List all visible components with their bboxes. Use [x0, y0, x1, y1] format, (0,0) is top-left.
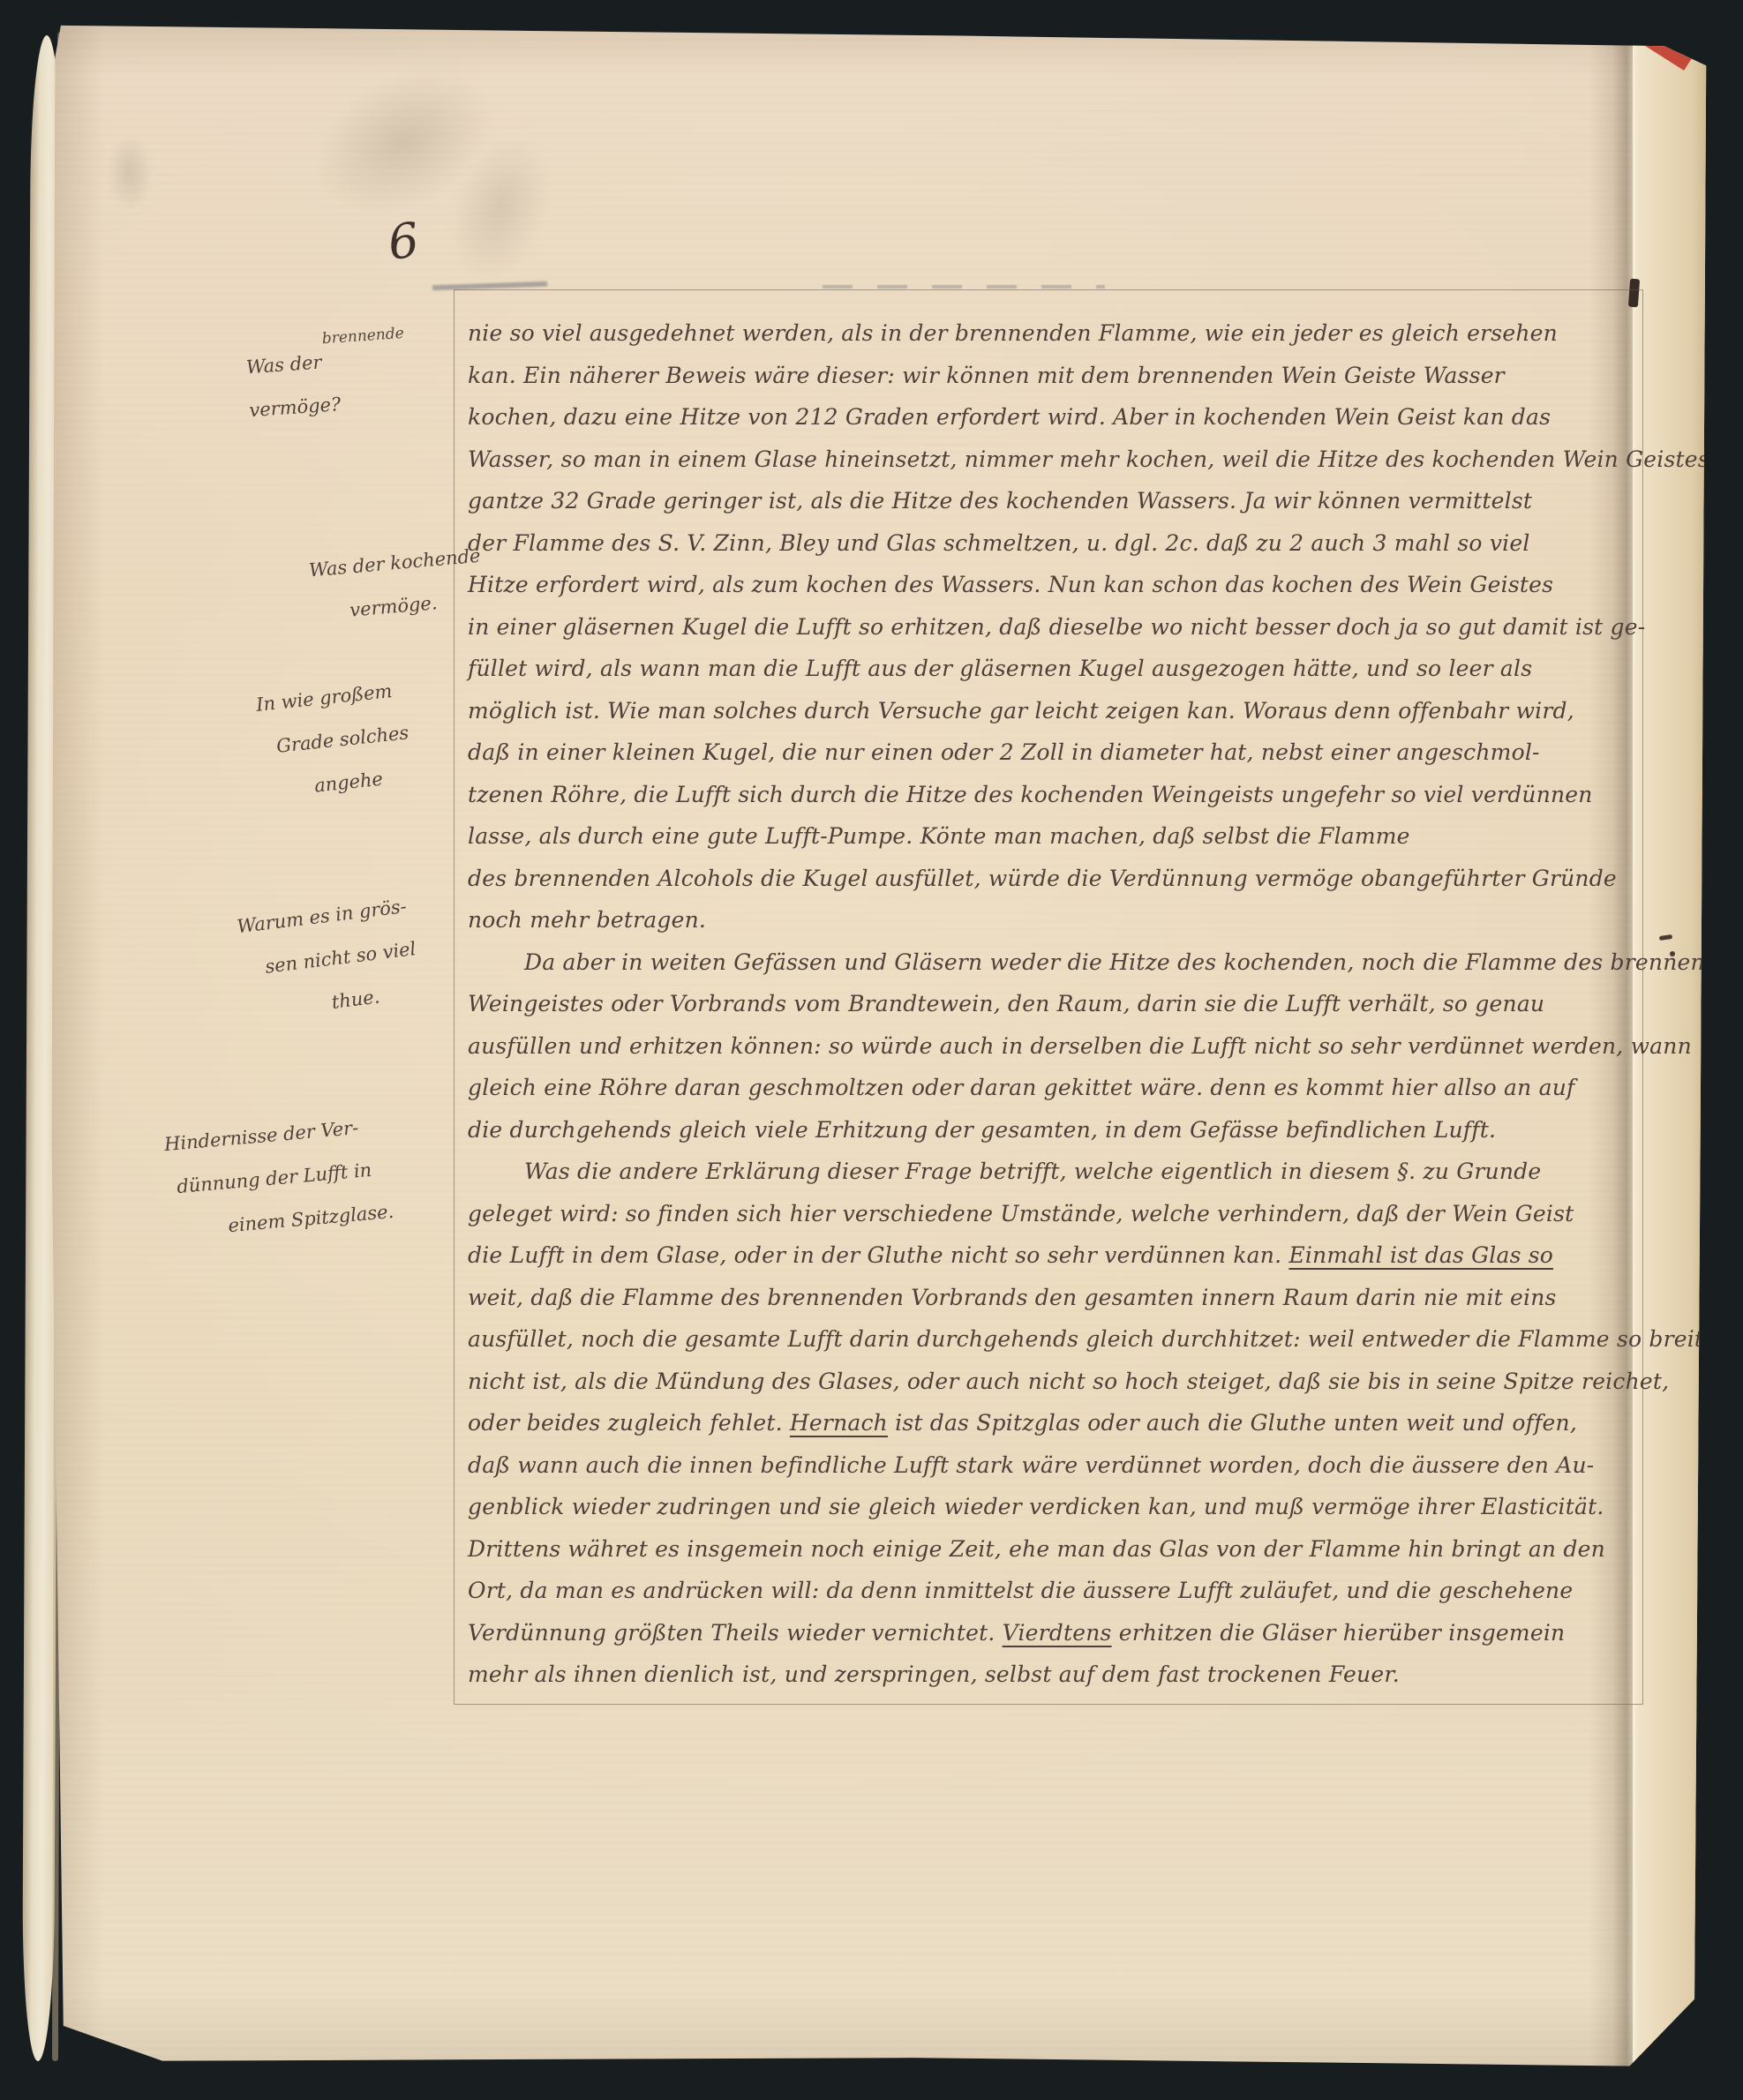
handwritten-line: daß in einer kleinen Kugel, die nur eine… — [468, 731, 1642, 774]
handwritten-line: weit, daß die Flamme des brennenden Vorb… — [468, 1277, 1642, 1319]
handwritten-line: Da aber in weiten Gefässen und Gläsern w… — [468, 941, 1642, 984]
handwritten-line: nie so viel ausgedehnet werden, als in d… — [468, 312, 1642, 355]
handwritten-line: ausfüllen und erhitzen können: so würde … — [468, 1025, 1642, 1068]
handwritten-line: die Lufft in dem Glase, oder in der Glut… — [468, 1234, 1642, 1277]
handwritten-line: Was die andere Erklärung dieser Frage be… — [468, 1151, 1642, 1193]
handwritten-line: Wasser, so man in einem Glase hineinsetz… — [468, 439, 1642, 481]
handwritten-line: noch mehr betragen. — [468, 899, 1642, 941]
handwritten-line: lasse, als durch eine gute Lufft-Pumpe. … — [468, 815, 1642, 858]
margin-note: Warum es in grös-sen nicht so vielthue. — [235, 884, 424, 1034]
handwritten-line: möglich ist. Wie man solches durch Versu… — [468, 690, 1642, 732]
handwritten-line: die durchgehends gleich viele Erhitzung … — [468, 1109, 1642, 1151]
margin-note-line: angehe — [312, 754, 416, 807]
margin-note: Hindernisse der Ver-dünnung der Lufft in… — [162, 1104, 395, 1252]
body-text: nie so viel ausgedehnet werden, als in d… — [468, 312, 1642, 1696]
handwritten-line: des brennenden Alcohols die Kugel ausfül… — [468, 858, 1642, 900]
handwritten-line: Drittens währet es insgemein noch einige… — [468, 1528, 1642, 1571]
handwritten-line: genblick wieder zudringen und sie gleich… — [468, 1486, 1642, 1528]
margin-note: Was der kochendevermöge. — [307, 535, 486, 636]
margin-note: brennendeWas dervermöge? — [244, 323, 409, 432]
handwritten-line: Verdünnung größten Theils wieder vernich… — [468, 1612, 1642, 1654]
margin-note: In wie großemGrade solchesangehe — [254, 669, 416, 814]
handwritten-line: kochen, dazu eine Hitze von 212 Graden e… — [468, 396, 1642, 439]
graphite-mark — [823, 285, 1105, 289]
handwritten-line: mehr als ihnen dienlich ist, und zerspri… — [468, 1654, 1642, 1696]
handwritten-line: kan. Ein näherer Beweis wäre dieser: wir… — [468, 355, 1642, 397]
handwritten-line: nicht ist, als die Mündung des Glases, o… — [468, 1361, 1642, 1403]
handwritten-line: geleget wird: so finden sich hier versch… — [468, 1193, 1642, 1235]
handwritten-line: oder beides zugleich fehlet. Hernach ist… — [468, 1402, 1642, 1444]
handwritten-line: in einer gläsernen Kugel die Lufft so er… — [468, 606, 1642, 649]
manuscript-page: 6 nie so viel ausgedehnet werden, als in… — [46, 14, 1709, 2075]
handwritten-line: der Flamme des S. V. Zinn, Bley und Glas… — [468, 522, 1642, 565]
handwritten-line: Ort, da man es andrücken will: da denn i… — [468, 1570, 1642, 1612]
handwritten-line: Hitze erfordert wird, als zum kochen des… — [468, 564, 1642, 606]
handwritten-line: daß wann auch die innen befindliche Luff… — [468, 1444, 1642, 1487]
handwritten-line: ausfüllet, noch die gesamte Lufft darin … — [468, 1318, 1642, 1361]
handwritten-line: tzenen Röhre, die Lufft sich durch die H… — [468, 774, 1642, 816]
ink-showthrough-smudge — [99, 120, 161, 226]
handwritten-line: füllet wird, als wann man die Lufft aus … — [468, 648, 1642, 690]
handwritten-line: Weingeistes oder Vorbrands vom Brandtewe… — [468, 983, 1642, 1025]
handwritten-line: gantze 32 Grade geringer ist, als die Hi… — [468, 480, 1642, 522]
handwritten-line: gleich eine Röhre daran geschmoltzen ode… — [468, 1067, 1642, 1109]
page-number: 6 — [385, 212, 422, 271]
